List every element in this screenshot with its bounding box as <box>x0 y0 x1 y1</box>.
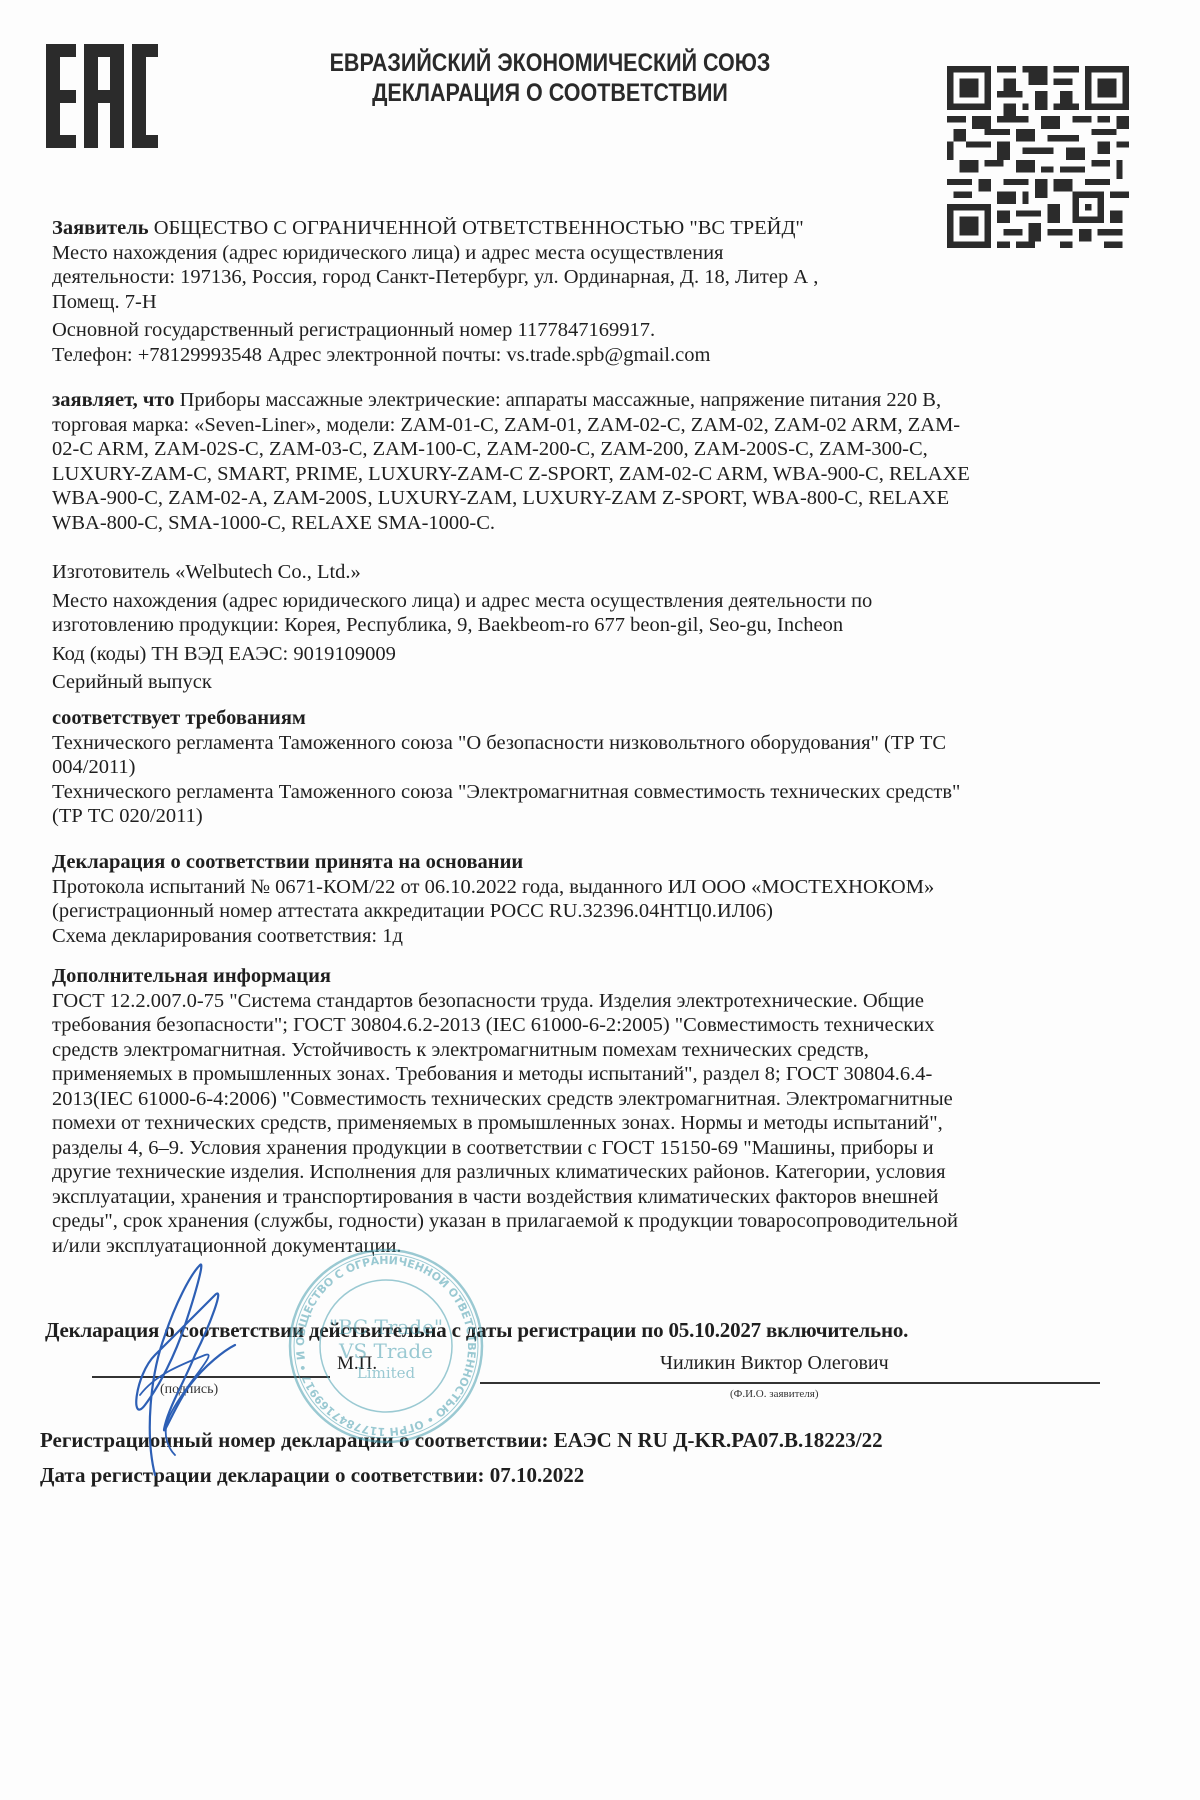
declaration-section: заявляет, что Приборы массажные электрич… <box>52 388 1102 535</box>
declaration-line: WBA-800-C, SMA-1000-C, RELAXE SMA-1000-C… <box>52 511 1102 536</box>
signature-line <box>92 1376 330 1378</box>
additional-line: и/или эксплуатационной документации. <box>52 1234 1102 1259</box>
eac-logo-icon <box>46 44 158 148</box>
basis-section: Декларация о соответствии принята на осн… <box>52 850 1102 948</box>
additional-line: другие технические изделия. Исполнения д… <box>52 1160 1102 1185</box>
additional-heading: Дополнительная информация <box>52 964 1102 989</box>
requirements-section: соответствует требованиям Технического р… <box>52 706 1102 829</box>
basis-heading: Декларация о соответствии принята на осн… <box>52 850 1102 875</box>
additional-info-section: Дополнительная информация ГОСТ 12.2.007.… <box>52 964 1102 1258</box>
company-stamp-icon: ОБЩЕСТВО С ОГРАНИЧЕННОЙ ОТВЕТСТВЕННОСТЬЮ… <box>286 1246 486 1446</box>
applicant-section: Заявитель ОБЩЕСТВО С ОГРАНИЧЕННОЙ ОТВЕТС… <box>52 216 1102 367</box>
requirements-line: (ТР ТС 020/2011) <box>52 804 1102 829</box>
additional-line: среды", срок хранения (службы, годности)… <box>52 1209 1102 1234</box>
applicant-address-line-2: деятельности: 197136, Россия, город Санк… <box>52 265 1102 290</box>
validity-statement: Декларация о соответствии действительна … <box>45 1318 1145 1343</box>
applicant-address-line-3: Помещ. 7-Н <box>52 290 1102 315</box>
applicant-address-line-1: Место нахождения (адрес юридического лиц… <box>52 241 1102 266</box>
additional-line: разделы 4, 6–9. Условия хранения продукц… <box>52 1136 1102 1161</box>
declaration-line: LUXURY-ZAM-C, SMART, PRIME, LUXURY-ZAM-C… <box>52 462 1102 487</box>
requirements-line: 004/2011) <box>52 755 1102 780</box>
production-type: Серийный выпуск <box>52 670 1102 695</box>
registration-number: Регистрационный номер декларации о соотв… <box>40 1428 883 1453</box>
requirements-line: Технического регламента Таможенного союз… <box>52 731 1102 756</box>
additional-line: ГОСТ 12.2.007.0-75 "Система стандартов б… <box>52 989 1102 1014</box>
additional-line: средств электромагнитная. Устойчивость к… <box>52 1038 1102 1063</box>
signer-caption: (Ф.И.О. заявителя) <box>730 1388 819 1400</box>
signer-name-line <box>480 1382 1100 1384</box>
applicant-label: Заявитель <box>52 217 149 239</box>
registration-date: Дата регистрации декларации о соответств… <box>40 1463 584 1488</box>
requirements-heading: соответствует требованиям <box>52 706 1102 731</box>
applicant-contacts: Телефон: +78129993548 Адрес электронной … <box>52 343 1102 368</box>
title-line-2: ДЕКЛАРАЦИЯ О СООТВЕТСТВИИ <box>283 78 816 108</box>
declaration-line: 02-C ARM, ZAM-02S-C, ZAM-03-C, ZAM-100-C… <box>52 437 1102 462</box>
declaration-line: WBA-900-C, ZAM-02-A, ZAM-200S, LUXURY-ZA… <box>52 486 1102 511</box>
manufacturer-section: Изготовитель «Welbutech Co., Ltd.» Место… <box>52 560 1102 695</box>
manufacturer-address-line-1: Место нахождения (адрес юридического лиц… <box>52 589 1102 614</box>
basis-line: Схема декларирования соответствия: 1д <box>52 924 1102 949</box>
requirements-line: Технического регламента Таможенного союз… <box>52 780 1102 805</box>
declaration-line: торговая марка: «Seven-Liner», модели: Z… <box>52 413 1102 438</box>
basis-line: Протокола испытаний № 0671-КОМ/22 от 06.… <box>52 875 1102 900</box>
additional-line: применяемых в промышленных зонах. Требов… <box>52 1062 1102 1087</box>
title-line-1: ЕВРАЗИЙСКИЙ ЭКОНОМИЧЕСКИЙ СОЮЗ <box>283 48 816 78</box>
applicant-ogrn: Основной государственный регистрационный… <box>52 318 1102 343</box>
declaration-line: Приборы массажные электрические: аппарат… <box>174 389 941 411</box>
hs-code: Код (коды) ТН ВЭД ЕАЭС: 9019109009 <box>52 642 1102 667</box>
mp-label: М.П. <box>337 1353 377 1375</box>
signer-name: Чиликин Виктор Олегович <box>660 1352 889 1375</box>
applicant-name: ОБЩЕСТВО С ОГРАНИЧЕННОЙ ОТВЕТСТВЕННОСТЬЮ… <box>154 217 804 239</box>
document-title: ЕВРАЗИЙСКИЙ ЭКОНОМИЧЕСКИЙ СОЮЗ ДЕКЛАРАЦИ… <box>283 48 816 108</box>
additional-line: требования безопасности"; ГОСТ 30804.6.2… <box>52 1013 1102 1038</box>
declaration-label: заявляет, что <box>52 389 174 411</box>
additional-line: помехи от технических средств, применяем… <box>52 1111 1102 1136</box>
manufacturer-name: Изготовитель «Welbutech Co., Ltd.» <box>52 560 1102 585</box>
additional-line: эксплуатации, хранения и транспортирован… <box>52 1185 1102 1210</box>
manufacturer-address-line-2: изготовлению продукции: Корея, Республик… <box>52 613 1102 638</box>
additional-line: 2013(IEC 61000-6-4:2006) "Совместимость … <box>52 1087 1102 1112</box>
signature-caption: (подпись) <box>160 1382 218 1398</box>
basis-line: (регистрационный номер аттестата аккреди… <box>52 899 1102 924</box>
